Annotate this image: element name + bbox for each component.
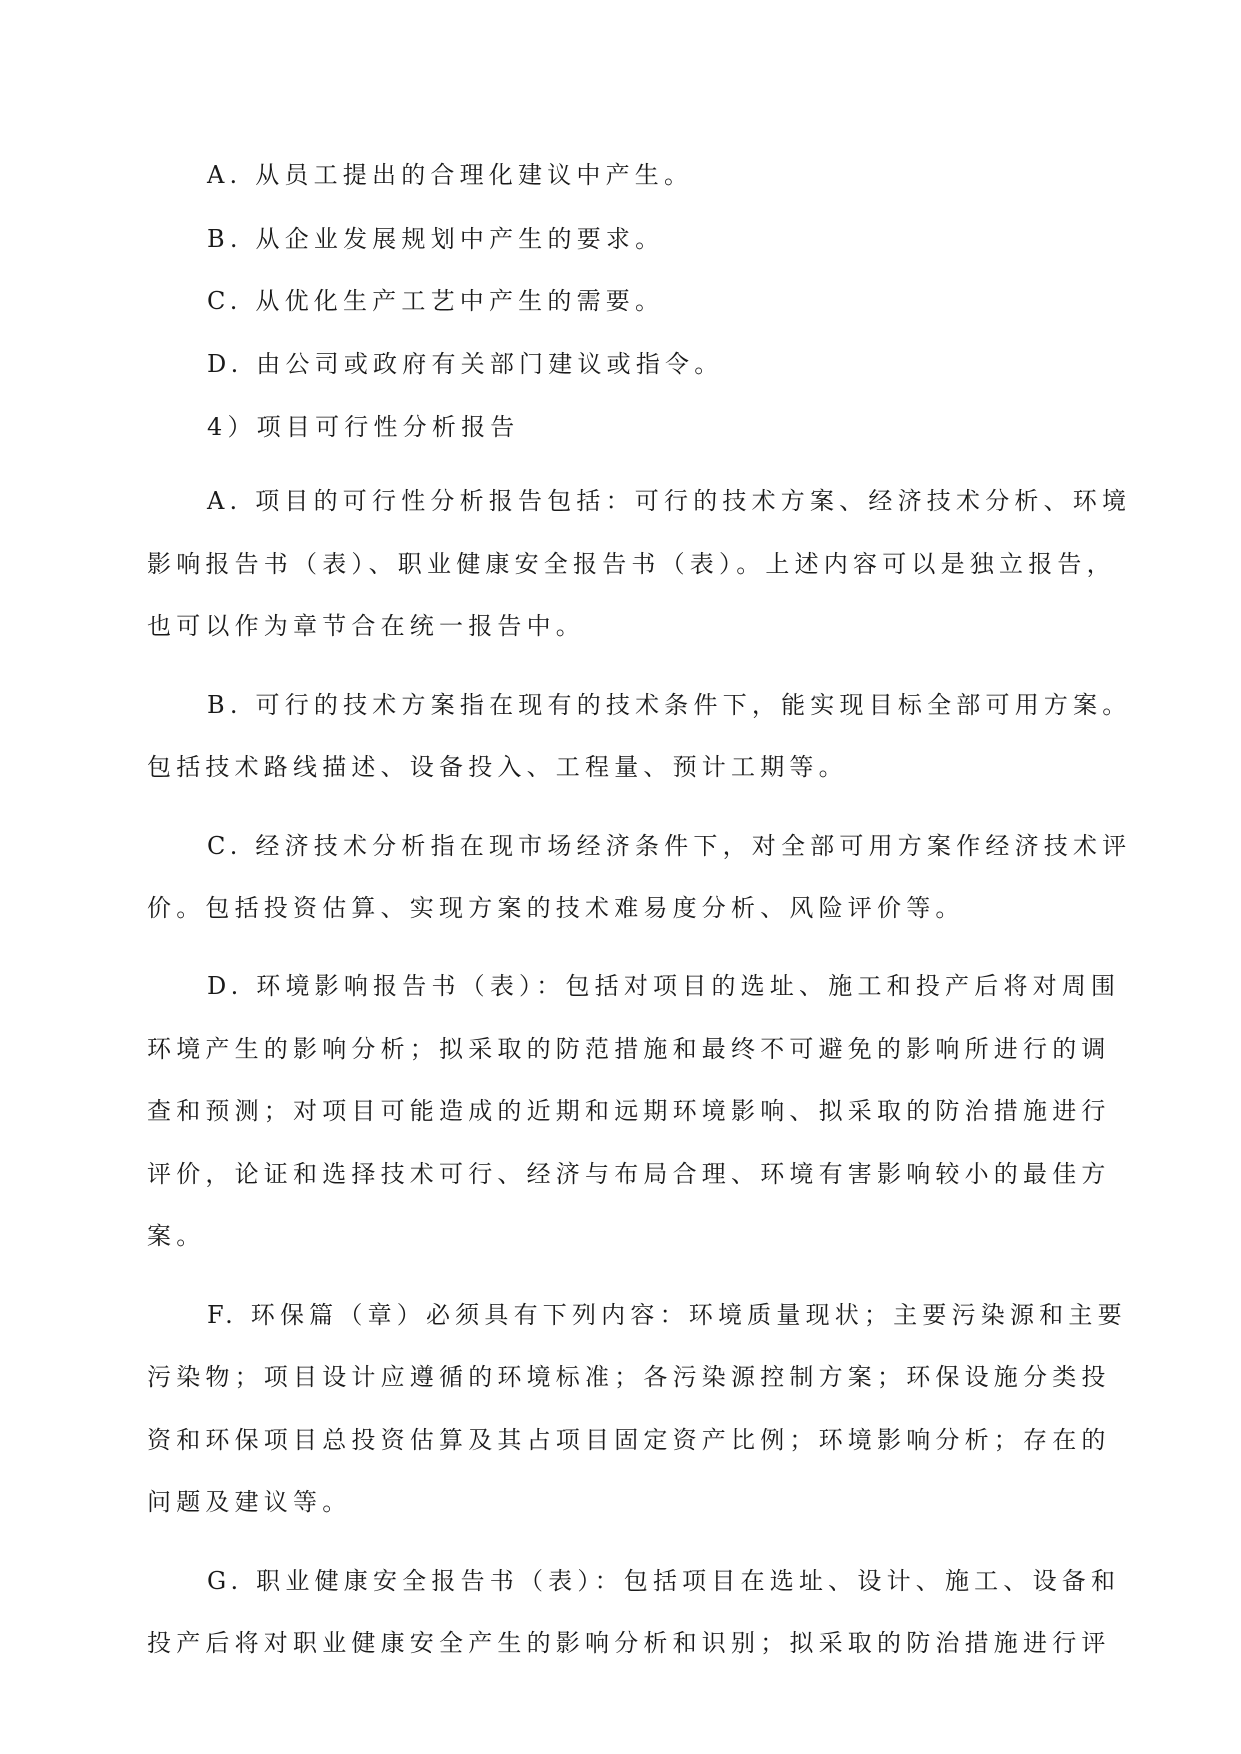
paragraph-g-line-1: G. 职业健康安全报告书（表）：包括项目在选址、设计、施工、设备和 [207,1566,1120,1596]
document-page: A. 从员工提出的合理化建议中产生。 B. 从企业发展规划中产生的要求。 C. … [0,0,1241,1754]
paragraph-a-line-3: 也可以作为章节合在统一报告中。 [147,611,585,641]
paragraph-g-line-2: 投产后将对职业健康安全产生的影响分析和识别；拟采取的防治措施进行评 [147,1628,1111,1658]
paragraph-d-line-5: 案。 [147,1221,205,1251]
paragraph-f-line-4: 问题及建议等。 [147,1487,351,1517]
list-item-d-source-government-directive: D. 由公司或政府有关部门建议或指令。 [207,349,723,379]
paragraph-c-line-1: C. 经济技术分析指在现市场经济条件下，对全部可用方案作经济技术评 [207,831,1131,861]
paragraph-c-line-2: 价。包括投资估算、实现方案的技术难易度分析、风险评价等。 [147,893,965,923]
list-item-b-source-development-plan: B. 从企业发展规划中产生的要求。 [207,224,664,254]
paragraph-b-line-1: B. 可行的技术方案指在现有的技术条件下，能实现目标全部可用方案。 [207,690,1132,720]
paragraph-f-line-2: 污染物；项目设计应遵循的环境标准；各污染源控制方案；环保设施分类投 [147,1362,1111,1392]
list-item-c-source-process-optimization: C. 从优化生产工艺中产生的需要。 [207,286,664,316]
list-item-a-source-employee-suggestions: A. 从员工提出的合理化建议中产生。 [207,160,693,190]
paragraph-f-line-1: F. 环保篇（章）必须具有下列内容：环境质量现状；主要污染源和主要 [207,1300,1127,1330]
paragraph-a-line-1: A. 项目的可行性分析报告包括：可行的技术方案、经济技术分析、环境 [207,486,1131,516]
paragraph-b-line-2: 包括技术路线描述、设备投入、工程量、预计工期等。 [147,752,848,782]
section-heading-feasibility-report: 4）项目可行性分析报告 [207,412,519,442]
paragraph-d-line-2: 环境产生的影响分析；拟采取的防范措施和最终不可避免的影响所进行的调 [147,1034,1111,1064]
paragraph-d-line-3: 查和预测；对项目可能造成的近期和远期环境影响、拟采取的防治措施进行 [147,1096,1111,1126]
paragraph-d-line-4: 评价，论证和选择技术可行、经济与布局合理、环境有害影响较小的最佳方 [147,1159,1111,1189]
paragraph-d-line-1: D. 环境影响报告书（表）：包括对项目的选址、施工和投产后将对周围 [207,971,1120,1001]
paragraph-a-line-2: 影响报告书（表）、职业健康安全报告书（表）。上述内容可以是独立报告， [147,549,1116,579]
paragraph-f-line-3: 资和环保项目总投资估算及其占项目固定资产比例；环境影响分析；存在的 [147,1425,1111,1455]
